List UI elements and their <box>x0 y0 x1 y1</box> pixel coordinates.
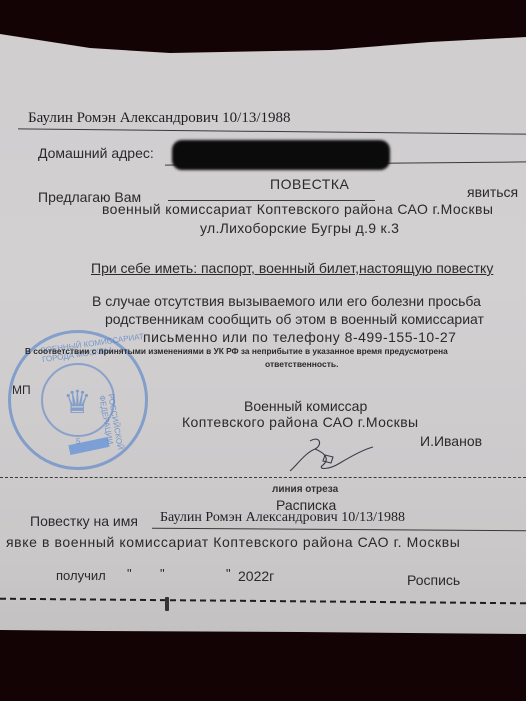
invite-line2: военный комиссариат Коптевского района С… <box>102 201 493 217</box>
month-quote: " <box>226 566 231 581</box>
cut-mark <box>165 597 169 611</box>
invite-suffix: явиться <box>467 184 518 200</box>
signatory-title1: Военный комиссар <box>244 398 367 414</box>
bottom-cut-line <box>0 598 526 605</box>
header-underline <box>18 128 526 134</box>
cut-line-label: линия отреза <box>272 484 338 495</box>
signatory-name: И.Иванов <box>420 433 482 449</box>
signatory-title2: Коптевского района САО г.Москвы <box>182 414 419 430</box>
absence-line1: В случае отсутствия вызываемого или его … <box>92 293 481 309</box>
date-quote-close: " <box>160 566 165 581</box>
header-name: Баулин Ромэн Александрович 10/13/1988 <box>28 110 291 127</box>
stamp-ink-bar <box>68 437 109 455</box>
receipt-appearance-line: явке в военный комиссариат Коптевского р… <box>6 534 460 550</box>
signature-scribble <box>285 435 375 475</box>
summons-paper: Баулин Ромэн Александрович 10/13/1988 До… <box>0 0 526 701</box>
absence-line2: родственникам сообщить об этом в военный… <box>105 311 484 327</box>
legal-notice-line1: В соответствии с принятыми изменениями в… <box>25 346 448 356</box>
seal-label: МП <box>12 383 31 397</box>
summons-title: ПОВЕСТКА <box>270 176 349 192</box>
bring-with-note: При себе иметь: паспорт, военный билет,н… <box>91 260 493 276</box>
receipt-name-label: Повестку на имя <box>30 513 138 529</box>
cut-line <box>0 477 526 478</box>
legal-notice-line2: ответственность. <box>265 359 338 369</box>
home-address-label: Домашний адрес: <box>38 145 154 161</box>
received-label: получил <box>56 568 106 583</box>
home-address-redaction <box>172 140 390 170</box>
date-quote-open: " <box>127 566 132 581</box>
invite-line3: ул.Лихоборские Бугры д.9 к.3 <box>200 220 399 236</box>
receipt-year: 2022г <box>238 568 274 584</box>
double-headed-eagle-icon: ♛ <box>63 383 92 421</box>
receipt-name-underline <box>152 528 526 532</box>
receipt-name-value: Баулин Ромэн Александрович 10/13/1988 <box>160 510 405 526</box>
absence-line3: письменно или по телефону 8-499-155-10-2… <box>143 329 456 345</box>
receipt-signature-label: Роспись <box>407 572 460 588</box>
